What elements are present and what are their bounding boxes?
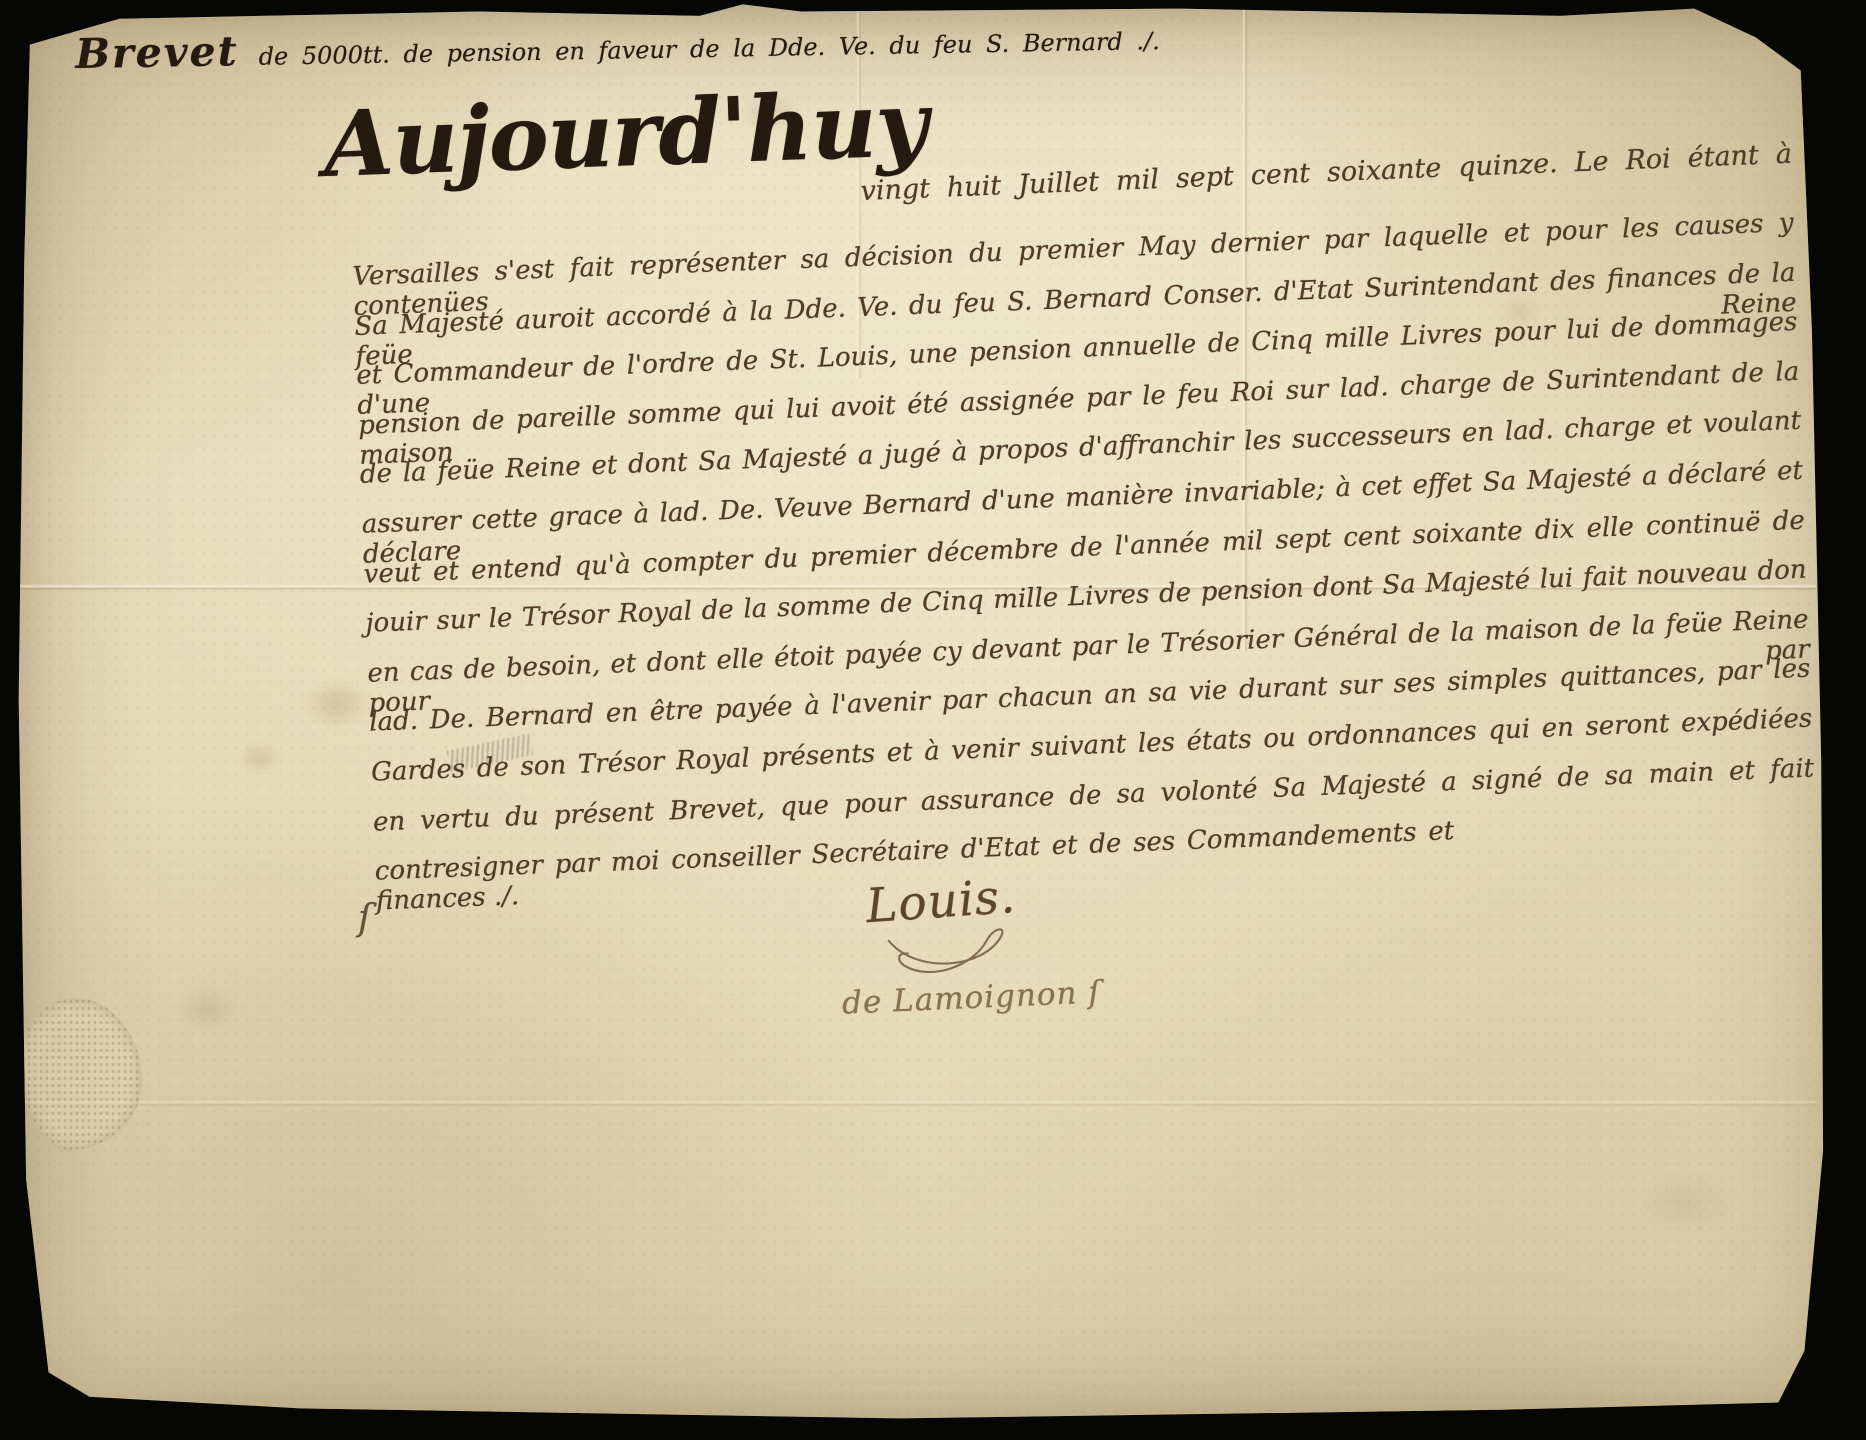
stain (1640, 1170, 1730, 1234)
stain (176, 986, 240, 1032)
date-line: vingt huit Juillet mil sept cent soixant… (860, 139, 1792, 207)
paraph-mark: ſ (358, 898, 371, 939)
docket-annotation: Brevetde 5000tt. de pension en faveur de… (75, 11, 1160, 78)
fold-crease-horizontal (20, 1100, 1816, 1107)
docket-text: de 5000tt. de pension en faveur de la Dd… (258, 27, 1160, 71)
parchment-sheet: Brevetde 5000tt. de pension en faveur de… (0, 0, 1866, 1440)
opening-word: Aujourd'huy (322, 71, 929, 198)
docket-lead-word: Brevet (75, 27, 239, 78)
stain (300, 678, 374, 730)
rough-corner-patch (20, 998, 142, 1150)
body-text-block: Versailles s'est fait représenter sa déc… (352, 208, 1817, 906)
photograph-background: { "page": { "description": "Manuscript r… (0, 0, 1866, 1440)
stain (238, 742, 282, 774)
